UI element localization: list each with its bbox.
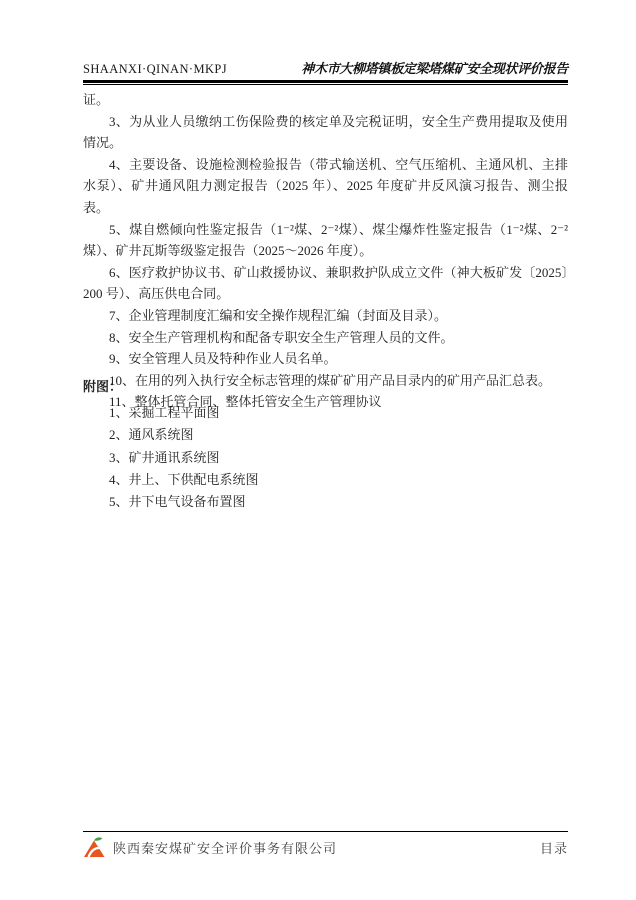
figure-list-item: 1、采掘工程平面图 bbox=[83, 402, 568, 424]
body-paragraph: 6、医疗救护协议书、矿山救援协议、兼职救护队成立文件（神大板矿发〔2025〕20… bbox=[83, 262, 568, 305]
figures-section-label: 附图： bbox=[83, 376, 568, 398]
header-company-code: SHAANXI·QINAN·MKPJ bbox=[83, 62, 227, 77]
header-report-title: 神木市大柳塔镇板定梁塔煤矿安全现状评价报告 bbox=[301, 58, 568, 77]
body-paragraph: 5、煤自燃倾向性鉴定报告（1⁻²煤、2⁻²煤）、煤尘爆炸性鉴定报告（1⁻²煤、2… bbox=[83, 219, 568, 262]
figures-section: 附图： 1、采掘工程平面图 2、通风系统图 3、矿井通讯系统图 4、井上、下供配… bbox=[83, 376, 568, 513]
footer-company-block: 陕西秦安煤矿安全评价事务有限公司 bbox=[83, 837, 337, 858]
body-paragraph: 7、企业管理制度汇编和安全操作规程汇编（封面及目录）。 bbox=[83, 305, 568, 327]
body-paragraph: 证。 bbox=[83, 89, 568, 111]
header-rule bbox=[83, 80, 568, 85]
body-paragraph: 3、为从业人员缴纳工伤保险费的核定单及完税证明，安全生产费用提取及使用情况。 bbox=[83, 111, 568, 154]
figure-list-item: 3、矿井通讯系统图 bbox=[83, 447, 568, 469]
figure-list-item: 2、通风系统图 bbox=[83, 424, 568, 446]
body-paragraph: 9、安全管理人员及特种作业人员名单。 bbox=[83, 348, 568, 370]
figure-list-item: 5、井下电气设备布置图 bbox=[83, 491, 568, 513]
document-page: SHAANXI·QINAN·MKPJ 神木市大柳塔镇板定梁塔煤矿安全现状评价报告… bbox=[0, 0, 636, 900]
body-text-block: 证。 3、为从业人员缴纳工伤保险费的核定单及完税证明，安全生产费用提取及使用情况… bbox=[83, 89, 568, 413]
company-logo-icon bbox=[83, 837, 106, 858]
footer-company-name: 陕西秦安煤矿安全评价事务有限公司 bbox=[113, 838, 337, 857]
page-footer: 陕西秦安煤矿安全评价事务有限公司 目录 bbox=[83, 831, 568, 858]
body-paragraph: 4、主要设备、设施检测检验报告（带式输送机、空气压缩机、主通风机、主排水泵）、矿… bbox=[83, 154, 568, 219]
page-header: SHAANXI·QINAN·MKPJ 神木市大柳塔镇板定梁塔煤矿安全现状评价报告 bbox=[83, 55, 568, 77]
header-rule-thin-line bbox=[83, 84, 568, 86]
body-paragraph: 8、安全生产管理机构和配备专职安全生产管理人员的文件。 bbox=[83, 327, 568, 349]
footer-section-label: 目录 bbox=[540, 838, 568, 857]
figure-list-item: 4、井上、下供配电系统图 bbox=[83, 469, 568, 491]
